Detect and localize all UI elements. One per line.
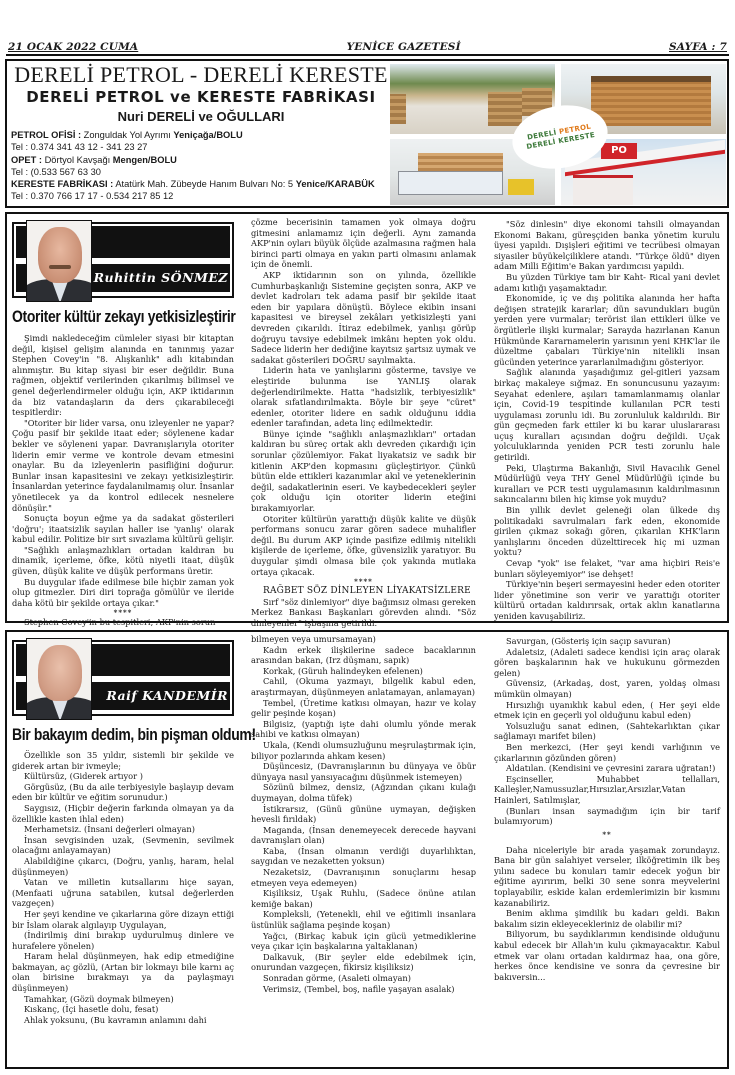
article1-column-1: Şimdi nakledeceğim cümleler siyasi bir k… bbox=[12, 333, 234, 628]
ad-phone-kereste: Tel : 0.370 766 17 17 - 0.534 217 85 12 bbox=[11, 190, 391, 202]
list-item: Merhametsiz. (İnsani değerleri olmayan) bbox=[12, 824, 234, 835]
list-item: Aldatılan. (Kendisini ve çevresini zarar… bbox=[494, 763, 720, 774]
list-item: bilmeyen veya umursamayan) bbox=[251, 634, 476, 645]
paragraph: "Otoriter bir lider varsa, onu izleyenle… bbox=[12, 418, 234, 513]
ad-address-kereste: KERESTE FABRİKASI : Atatürk Mah. Zübeyde… bbox=[11, 178, 391, 190]
paragraph: Ekonomide, iç ve dış politika alanında h… bbox=[494, 293, 720, 367]
ad-subtitle: DERELİ PETROL ve KERESTE FABRİKASI bbox=[11, 87, 391, 107]
list-item: Maganda, (İnsan denemeyecek derecede hay… bbox=[251, 825, 476, 846]
article2-column-2: bilmeyen veya umursamayan) Kadın erkek i… bbox=[251, 634, 476, 994]
paragraph: Şimdi nakledeceğim cümleler siyasi bir k… bbox=[12, 333, 234, 418]
list-item: Ahlak yoksunu, (Bu kavramın anlamını dah… bbox=[12, 1015, 234, 1026]
author-banner-kandemir: Raif KANDEMİR bbox=[12, 640, 234, 716]
list-item: Ukala, (Kendi olumsuzluğunu meşrulaştırm… bbox=[251, 740, 476, 761]
page-header: 21 OCAK 2022 CUMA YENİCE GAZETESİ SAYFA … bbox=[8, 37, 727, 53]
paragraph: Bünye içinde "sağlıklı anlaşmazlıkları" … bbox=[251, 429, 476, 514]
paragraph: Peki, Ulaştırma Bakanlığı, Sivil Havacıl… bbox=[494, 463, 720, 505]
list-item: Savurgan, (Gösteriş için saçıp savuran) bbox=[494, 636, 720, 647]
ad-phone-petrol-ofisi: Tel : 0.374 341 43 12 - 341 23 27 bbox=[11, 141, 391, 153]
list-item: Verimsiz, (Tembel, boş, nafile yaşayan a… bbox=[251, 984, 476, 995]
list-item: Görgüsüz, (Bu da aile terbiyesiyle başla… bbox=[12, 782, 234, 803]
article2-column-3: Savurgan, (Gösteriş için saçıp savuran) … bbox=[494, 636, 720, 982]
list-item: Saygısız, (Hiçbir değerin farkında olmay… bbox=[12, 803, 234, 824]
list-item: Kıskanç, (İçi hasetle dolu, fesat) bbox=[12, 1004, 234, 1015]
ad-owner: Nuri DERELİ ve OĞULLARI bbox=[11, 107, 391, 127]
list-item: Kaba, (İnsan olmanın verdiği duyarlılıkt… bbox=[251, 846, 476, 867]
list-item: Sözünü bilmez, densiz, (Ağzından çıkanı … bbox=[251, 782, 476, 803]
po-sign: PO bbox=[601, 143, 637, 159]
page-number: SAYFA : 7 bbox=[669, 41, 727, 53]
list-item: Eşcinseller, Muhabbet tellalları, Kalleş… bbox=[494, 774, 720, 806]
paragraph: Bu yüzden Türkiye tam bir Kaht- Rical ya… bbox=[494, 272, 720, 293]
ad-title: DERELİ PETROL - DERELİ KERESTE bbox=[11, 63, 391, 87]
list-item: İnsan sevgisinden uzak, (Sevmenin, sevil… bbox=[12, 835, 234, 856]
article-headline: Bir bakayım dedim, bin pişman oldum! bbox=[12, 725, 256, 745]
ad-photo-collage: PO DERELİ PETROL DERELİ KERESTE bbox=[390, 64, 726, 205]
list-item: Korkak, (Güruh halindeyken efelenen) bbox=[251, 666, 476, 677]
author-name: Raif KANDEMİR bbox=[106, 684, 228, 708]
list-item: Tembel, (Üretime katkısı olmayan, hazır … bbox=[251, 698, 476, 719]
list-item: Vatan ve milletin kutsallarını hiçe saya… bbox=[12, 877, 234, 909]
list-item: (Bunları insan saymadığım için bir tarif… bbox=[494, 806, 720, 827]
paragraph: "Sağlıklı anlaşmazlıkları ortadan kaldır… bbox=[12, 545, 234, 577]
list-item: Alabildiğine çıkarcı, (Doğru, yanlış, ha… bbox=[12, 856, 234, 877]
article2-column-1: Özellikle son 35 yıldır, sistemli bir şe… bbox=[12, 750, 234, 1025]
list-item: Güvensiz, (Arkadaş, dost, yaren, yoldaş … bbox=[494, 678, 720, 699]
ad-phone-opet: Tel : (0.533 567 63 30 bbox=[11, 166, 391, 178]
advertisement-dereli: DERELİ PETROL - DERELİ KERESTE DERELİ PE… bbox=[5, 59, 729, 208]
list-item: Sonradan görme, (Asaleti olmayan) bbox=[251, 973, 476, 984]
list-item: Özellikle son 35 yıldır, sistemli bir şe… bbox=[12, 750, 234, 771]
list-item: Kültürsüz, (Giderek artıyor ) bbox=[12, 771, 234, 782]
list-item: Düşüncesiz, (Davranışlarının bu dünyaya … bbox=[251, 761, 476, 782]
list-item: Haram helal düşünmeyen, hak edip etmediğ… bbox=[12, 951, 234, 993]
paragraph: Liderin hata ve yanlışlarını gösterme, t… bbox=[251, 365, 476, 429]
newspaper-name: YENİCE GAZETESİ bbox=[347, 41, 461, 53]
article1-column-2: çözme becerisinin tamamen yok olmaya doğ… bbox=[251, 217, 476, 629]
section-separator: ** bbox=[494, 830, 720, 839]
ad-text-block: DERELİ PETROL - DERELİ KERESTE DERELİ PE… bbox=[11, 63, 391, 206]
list-item: Kadın erkek ilişkilerine sadece bacaklar… bbox=[251, 645, 476, 666]
paragraph: Daha niceleriyle bir arada yaşamak zorun… bbox=[494, 845, 720, 909]
paragraph: Otoriter kültürün yarattığı düşük kalite… bbox=[251, 514, 476, 578]
paragraph: Benim aklıma şimdilik bu kadarı geldi. B… bbox=[494, 908, 720, 929]
author-photo bbox=[26, 220, 92, 302]
list-item: Nezaketsiz, (Davranışının sonuçlarını he… bbox=[251, 867, 476, 888]
author-photo bbox=[26, 638, 92, 720]
paragraph: Sağlık alanında yaşadığımız gel-gitleri … bbox=[494, 367, 720, 462]
paragraph: Sonuçta boyun eğme ya da sadakat gösteri… bbox=[12, 513, 234, 545]
issue-date: 21 OCAK 2022 CUMA bbox=[8, 41, 138, 53]
list-item: Ben merkezci, (Her şeyi kendi varlığının… bbox=[494, 742, 720, 763]
paragraph: Bu duygular ifade edilmese bile hiçbir z… bbox=[12, 577, 234, 609]
paragraph: Cevap "yok" ise felaket, "var ama hiçbir… bbox=[494, 558, 720, 579]
paragraph: Stephen Covey'in bu tespitleri, AKP'nin … bbox=[12, 617, 234, 628]
paragraph: Bin yıllık devlet geleneği olan ülkede d… bbox=[494, 505, 720, 558]
list-item: Kişiliksiz, Uşak Ruhlu, (Sadece önüne at… bbox=[251, 888, 476, 909]
list-item: Cahil, (Okuma yazmayı, bilgelik kabul ed… bbox=[251, 676, 476, 697]
paragraph: AKP iktidarının son on yılında, özellikl… bbox=[251, 270, 476, 365]
author-name: Ruhittin SÖNMEZ bbox=[94, 266, 228, 290]
article1-column-3: "Söz dinlesin" diye ekonomi tahsili olma… bbox=[494, 219, 720, 622]
paragraph: Biliyorum, bu saydıklarımın kendisinde o… bbox=[494, 929, 720, 982]
author-banner-sonmez: Ruhittin SÖNMEZ bbox=[12, 222, 234, 298]
list-item: Bilgisiz, (yaptığı işte dahi olumlu yönd… bbox=[251, 719, 476, 740]
section-separator: **** bbox=[251, 577, 476, 586]
list-item: Yolsuzluğu sanat edinen, (Sahtekarlıktan… bbox=[494, 721, 720, 742]
list-item: Dalkavuk, (Bir şeyler elde edebilmek içi… bbox=[251, 952, 476, 973]
section-separator: **** bbox=[12, 608, 234, 617]
article-headline: Otoriter kültür zekayı yetkisizleştirir bbox=[12, 307, 236, 327]
list-item: Hırsızlığı uyanıklık kabul eden, ( Her ş… bbox=[494, 700, 720, 721]
list-item: Her şeyi kendine ve çıkarlarına göre diz… bbox=[12, 909, 234, 930]
list-item: Kompleksli, (Yetenekli, ehil ve eğitimli… bbox=[251, 909, 476, 930]
list-item: (İndirilmiş dini bırakıp uydurulmuş dinl… bbox=[12, 930, 234, 951]
paragraph: "Söz dinlesin" diye ekonomi tahsili olma… bbox=[494, 219, 720, 272]
header-rule bbox=[6, 54, 729, 56]
list-item: Tamahkar, (Gözü doymak bilmeyen) bbox=[12, 994, 234, 1005]
ad-address-opet: OPET : Dörtyol Kavşağı Mengen/BOLU bbox=[11, 154, 391, 166]
ad-address-petrol-ofisi: PETROL OFİSİ : Zonguldak Yol Ayrımı Yeni… bbox=[11, 129, 391, 141]
paragraph: çözme becerisinin tamamen yok olmaya doğ… bbox=[251, 217, 476, 270]
list-item: İstikrarsız, (Günü gününe uymayan, değiş… bbox=[251, 804, 476, 825]
paragraph: Sırf "söz dinlemiyor" diye bağımsız olma… bbox=[251, 597, 476, 629]
list-item: Yağcı, (Birkaç kabuk için gücü yetmedikl… bbox=[251, 931, 476, 952]
paragraph: Türkiye'nin beşeri sermayesini heder ede… bbox=[494, 579, 720, 621]
section-subheading: RAĞBET SÖZ DİNLEYEN LİYAKATSİZLERE bbox=[251, 586, 476, 597]
list-item: Adaletsiz, (Adaleti sadece kendisi için … bbox=[494, 647, 720, 679]
